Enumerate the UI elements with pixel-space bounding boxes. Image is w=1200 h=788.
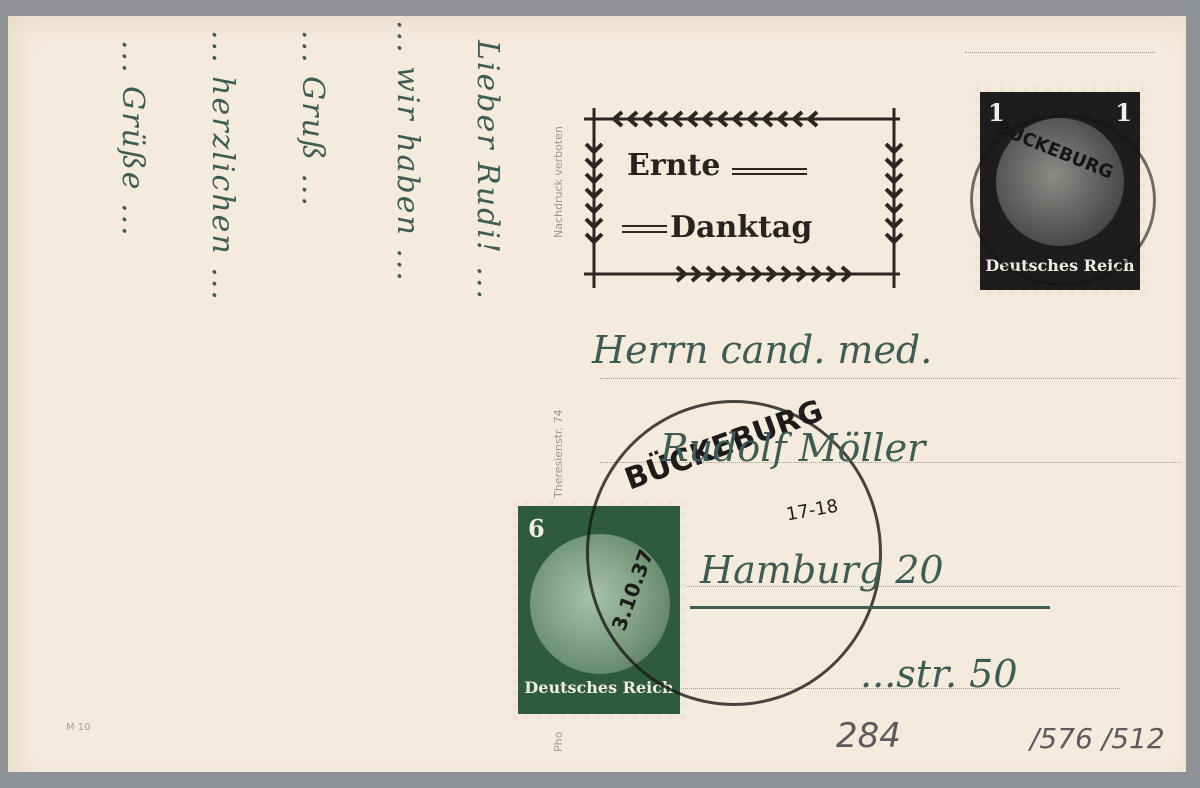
slogan-cancel: Ernte Danktag	[582, 104, 904, 290]
card-code: M 10	[66, 722, 91, 733]
scan-border-right	[1186, 0, 1200, 788]
publisher-address-text: Theresienstr. 74	[552, 409, 565, 498]
nachdruck-verboten-text: Nachdruck verboten	[552, 126, 565, 238]
address-line-2: Rudolf Möller	[660, 426, 925, 470]
postmark-circle	[970, 114, 1156, 286]
message-line: ... wir haben ...	[390, 20, 425, 283]
address-line	[965, 52, 1155, 53]
address-line-4: ...str. 50	[860, 652, 1018, 696]
message-line: ... Gruß ...	[295, 30, 330, 208]
slogan-line-2: Danktag	[670, 210, 812, 245]
strike-through-line	[690, 606, 1050, 609]
publisher-prefix-text: Pho	[552, 732, 565, 752]
address-line	[600, 378, 1180, 379]
address-line-1: Herrn cand. med.	[592, 328, 932, 372]
pencil-note-right: /576 /512	[1030, 722, 1165, 755]
slogan-line-1: Ernte	[627, 148, 720, 183]
scan-border-bottom	[0, 772, 1200, 788]
message-line: ... Grüße ...	[115, 40, 150, 238]
wheat-frame-icon	[582, 104, 904, 290]
message-line: ... herzlichen ...	[205, 30, 240, 302]
address-line-3: Hamburg 20	[700, 548, 944, 592]
pencil-note-left: 284	[836, 716, 901, 756]
stamp-denomination: 6	[528, 514, 545, 543]
message-line: Lieber Rudi! ...	[470, 40, 505, 301]
stamp-denomination: 1	[1115, 98, 1132, 127]
